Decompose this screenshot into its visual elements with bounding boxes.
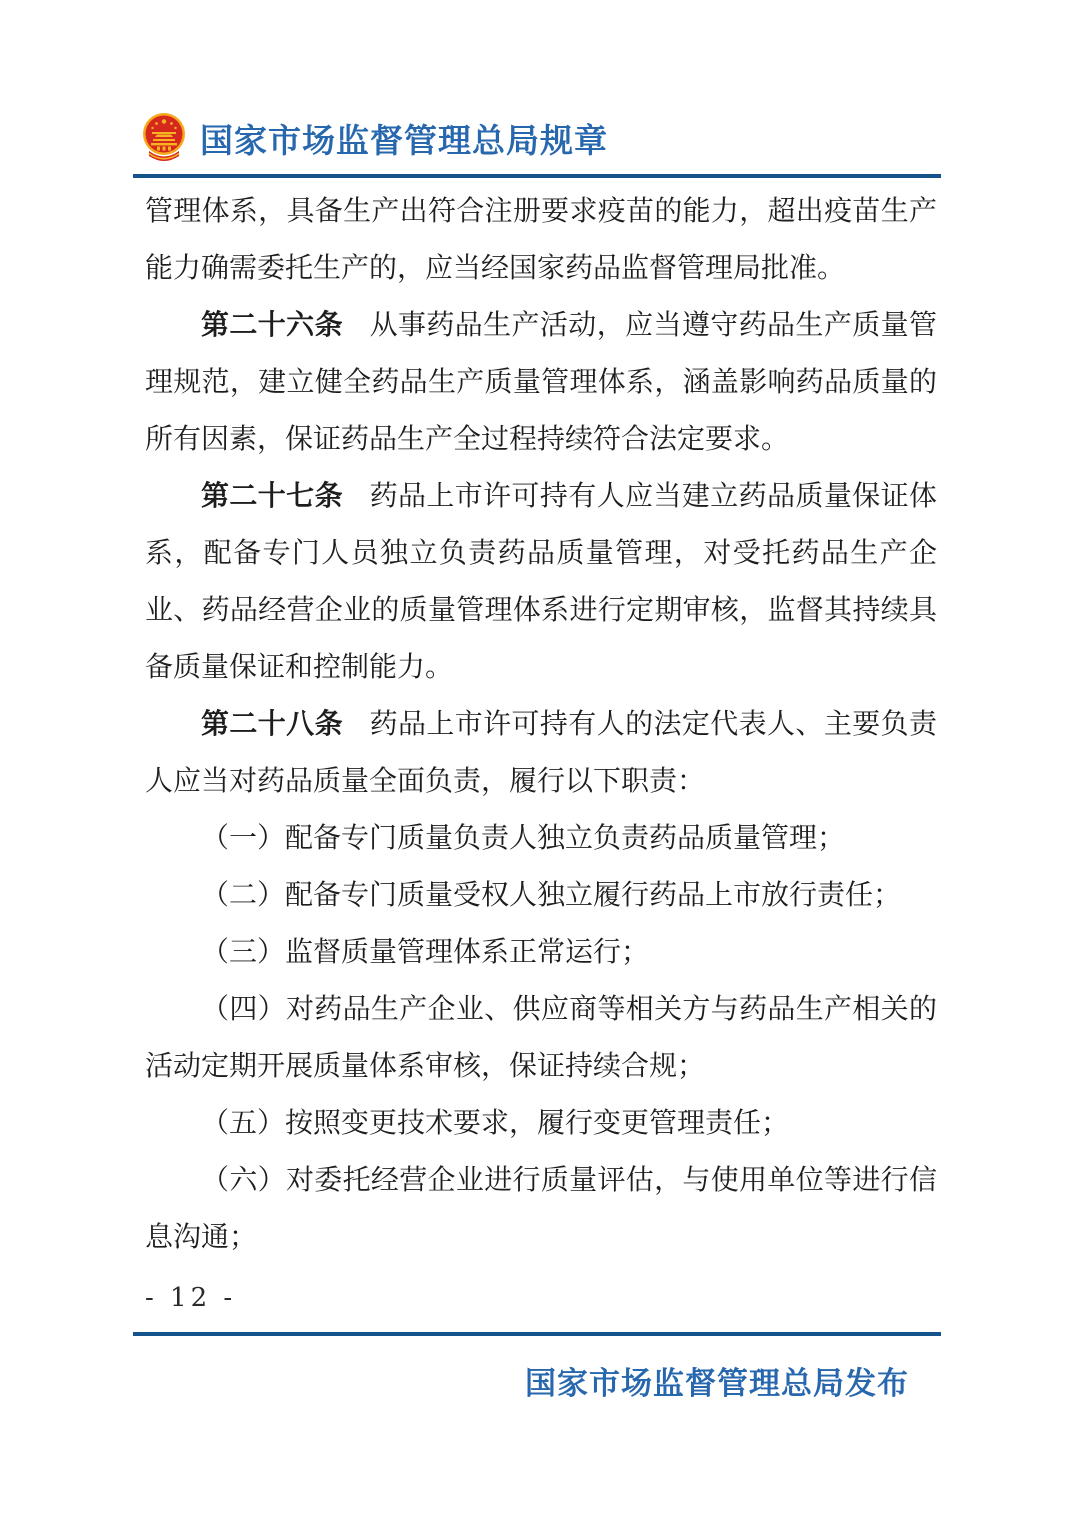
page-number: - 12 - [145, 1283, 236, 1313]
list-item-2: （二）配备专门质量受权人独立履行药品上市放行责任； [145, 866, 937, 923]
paragraph-text: 管理体系，具备生产出符合注册要求疫苗的能力，超出疫苗生产能力确需委托生产的，应当… [145, 194, 937, 284]
paragraph-text: （六）对委托经营企业进行质量评估，与使用单位等进行信息沟通； [145, 1163, 937, 1253]
paragraph-text: （三）监督质量管理体系正常运行； [201, 935, 649, 968]
paragraph-text: （二）配备专门质量受权人独立履行药品上市放行责任； [201, 878, 901, 911]
list-item-4: （四）对药品生产企业、供应商等相关方与药品生产相关的活动定期开展质量体系审核，保… [145, 980, 937, 1094]
list-item-6: （六）对委托经营企业进行质量评估，与使用单位等进行信息沟通； [145, 1151, 937, 1265]
list-item-3: （三）监督质量管理体系正常运行； [145, 923, 937, 980]
article-number: 第二十八条 [201, 707, 343, 740]
document-header: 国家市场监督管理总局规章 [140, 112, 608, 164]
list-item-1: （一）配备专门质量负责人独立负责药品质量管理； [145, 809, 937, 866]
paragraph-continuation: 管理体系，具备生产出符合注册要求疫苗的能力，超出疫苗生产能力确需委托生产的，应当… [145, 182, 937, 296]
article-number: 第二十七条 [201, 479, 343, 512]
header-divider [133, 174, 941, 178]
publisher-label: 国家市场监督管理总局发布 [525, 1358, 909, 1403]
header-title: 国家市场监督管理总局规章 [200, 115, 608, 162]
paragraph-article-27: 第二十七条药品上市许可持有人应当建立药品质量保证体系，配备专门人员独立负责药品质… [145, 467, 937, 695]
paragraph-article-26: 第二十六条从事药品生产活动，应当遵守药品生产质量管理规范，建立健全药品生产质量管… [145, 296, 937, 467]
footer-divider [133, 1332, 941, 1336]
national-emblem-icon [140, 112, 188, 164]
list-item-5: （五）按照变更技术要求，履行变更管理责任； [145, 1094, 937, 1151]
paragraph-article-28: 第二十八条药品上市许可持有人的法定代表人、主要负责人应当对药品质量全面负责，履行… [145, 695, 937, 809]
document-page: 国家市场监督管理总局规章 管理体系，具备生产出符合注册要求疫苗的能力，超出疫苗生… [0, 0, 1074, 1520]
document-body: 管理体系，具备生产出符合注册要求疫苗的能力，超出疫苗生产能力确需委托生产的，应当… [145, 182, 937, 1265]
article-number: 第二十六条 [201, 308, 343, 341]
paragraph-text: （一）配备专门质量负责人独立负责药品质量管理； [201, 821, 845, 854]
paragraph-text: （五）按照变更技术要求，履行变更管理责任； [201, 1106, 789, 1139]
paragraph-text: （四）对药品生产企业、供应商等相关方与药品生产相关的活动定期开展质量体系审核，保… [145, 992, 937, 1082]
